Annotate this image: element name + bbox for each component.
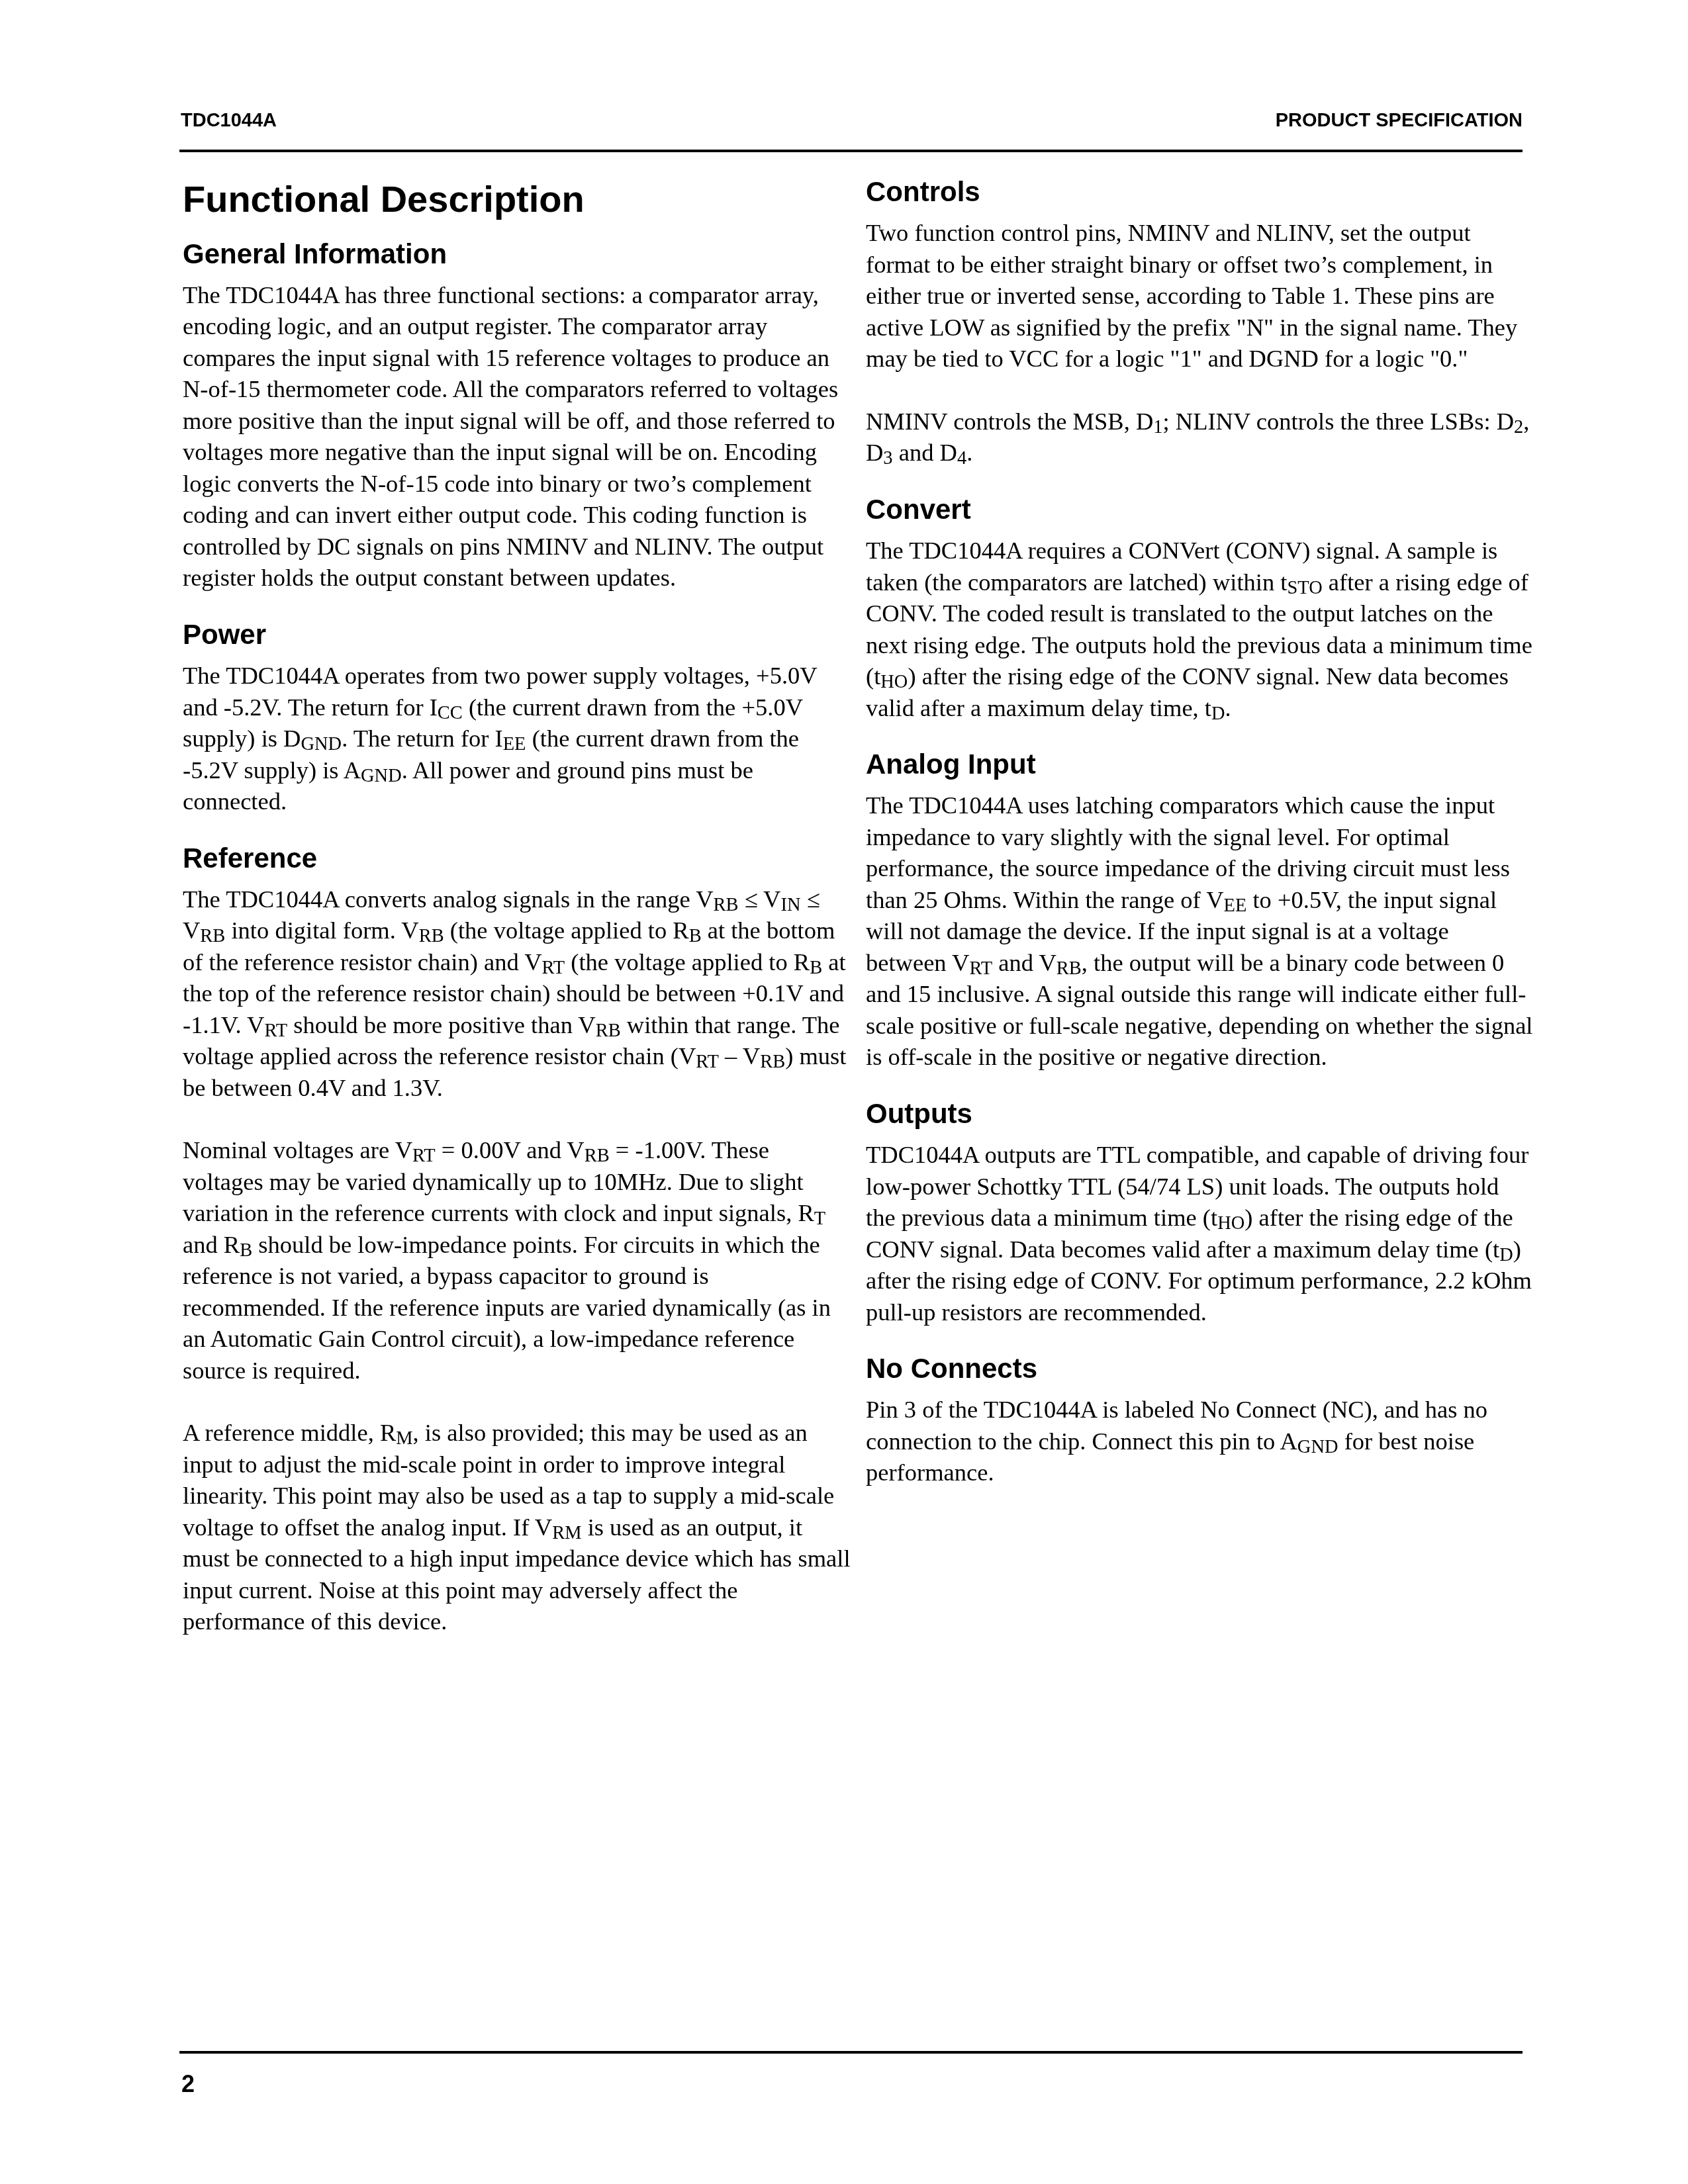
heading-general-information: General Information [183,238,851,270]
section-convert: Convert The TDC1044A requires a CONVert … [866,494,1534,723]
heading-controls: Controls [866,176,1534,208]
header-doc-type: PRODUCT SPECIFICATION [1276,110,1523,132]
outputs-text: TDC1044A outputs are TTL compatible, and… [866,1139,1534,1328]
heading-power: Power [183,619,851,651]
page-number: 2 [181,2070,195,2098]
section-general-information: General Information The TDC1044A has thr… [183,238,851,594]
heading-analog-input: Analog Input [866,749,1534,780]
reference-para-2: Nominal voltages are VRT = 0.00V and VRB… [183,1134,851,1386]
section-power: Power The TDC1044A operates from two pow… [183,619,851,817]
analog-input-text: The TDC1044A uses latching comparators w… [866,790,1534,1073]
controls-para-1: Two function control pins, NMINV and NLI… [866,217,1534,375]
right-column: Controls Two function control pins, NMIN… [866,173,1534,1514]
page-title: Functional Description [183,179,851,220]
section-outputs: Outputs TDC1044A outputs are TTL compati… [866,1098,1534,1328]
section-reference: Reference The TDC1044A converts analog s… [183,842,851,1637]
controls-para-2: NMINV controls the MSB, D1; NLINV contro… [866,406,1534,469]
heading-no-connects: No Connects [866,1353,1534,1385]
heading-reference: Reference [183,842,851,874]
power-text: The TDC1044A operates from two power sup… [183,660,851,817]
header-part-number: TDC1044A [181,110,277,132]
section-no-connects: No Connects Pin 3 of the TDC1044A is lab… [866,1353,1534,1488]
heading-convert: Convert [866,494,1534,525]
footer-rule [179,2051,1523,2054]
left-column: Functional Description General Informati… [183,173,851,1662]
heading-outputs: Outputs [866,1098,1534,1130]
datasheet-page: TDC1044A PRODUCT SPECIFICATION Functiona… [0,0,1688,2184]
general-information-text: The TDC1044A has three functional sectio… [183,279,851,594]
no-connects-text: Pin 3 of the TDC1044A is labeled No Conn… [866,1394,1534,1488]
reference-para-1: The TDC1044A converts analog signals in … [183,884,851,1104]
section-controls: Controls Two function control pins, NMIN… [866,176,1534,469]
section-analog-input: Analog Input The TDC1044A uses latching … [866,749,1534,1073]
convert-text: The TDC1044A requires a CONVert (CONV) s… [866,535,1534,723]
reference-para-3: A reference middle, RM, is also provided… [183,1417,851,1637]
header-rule [179,150,1523,152]
